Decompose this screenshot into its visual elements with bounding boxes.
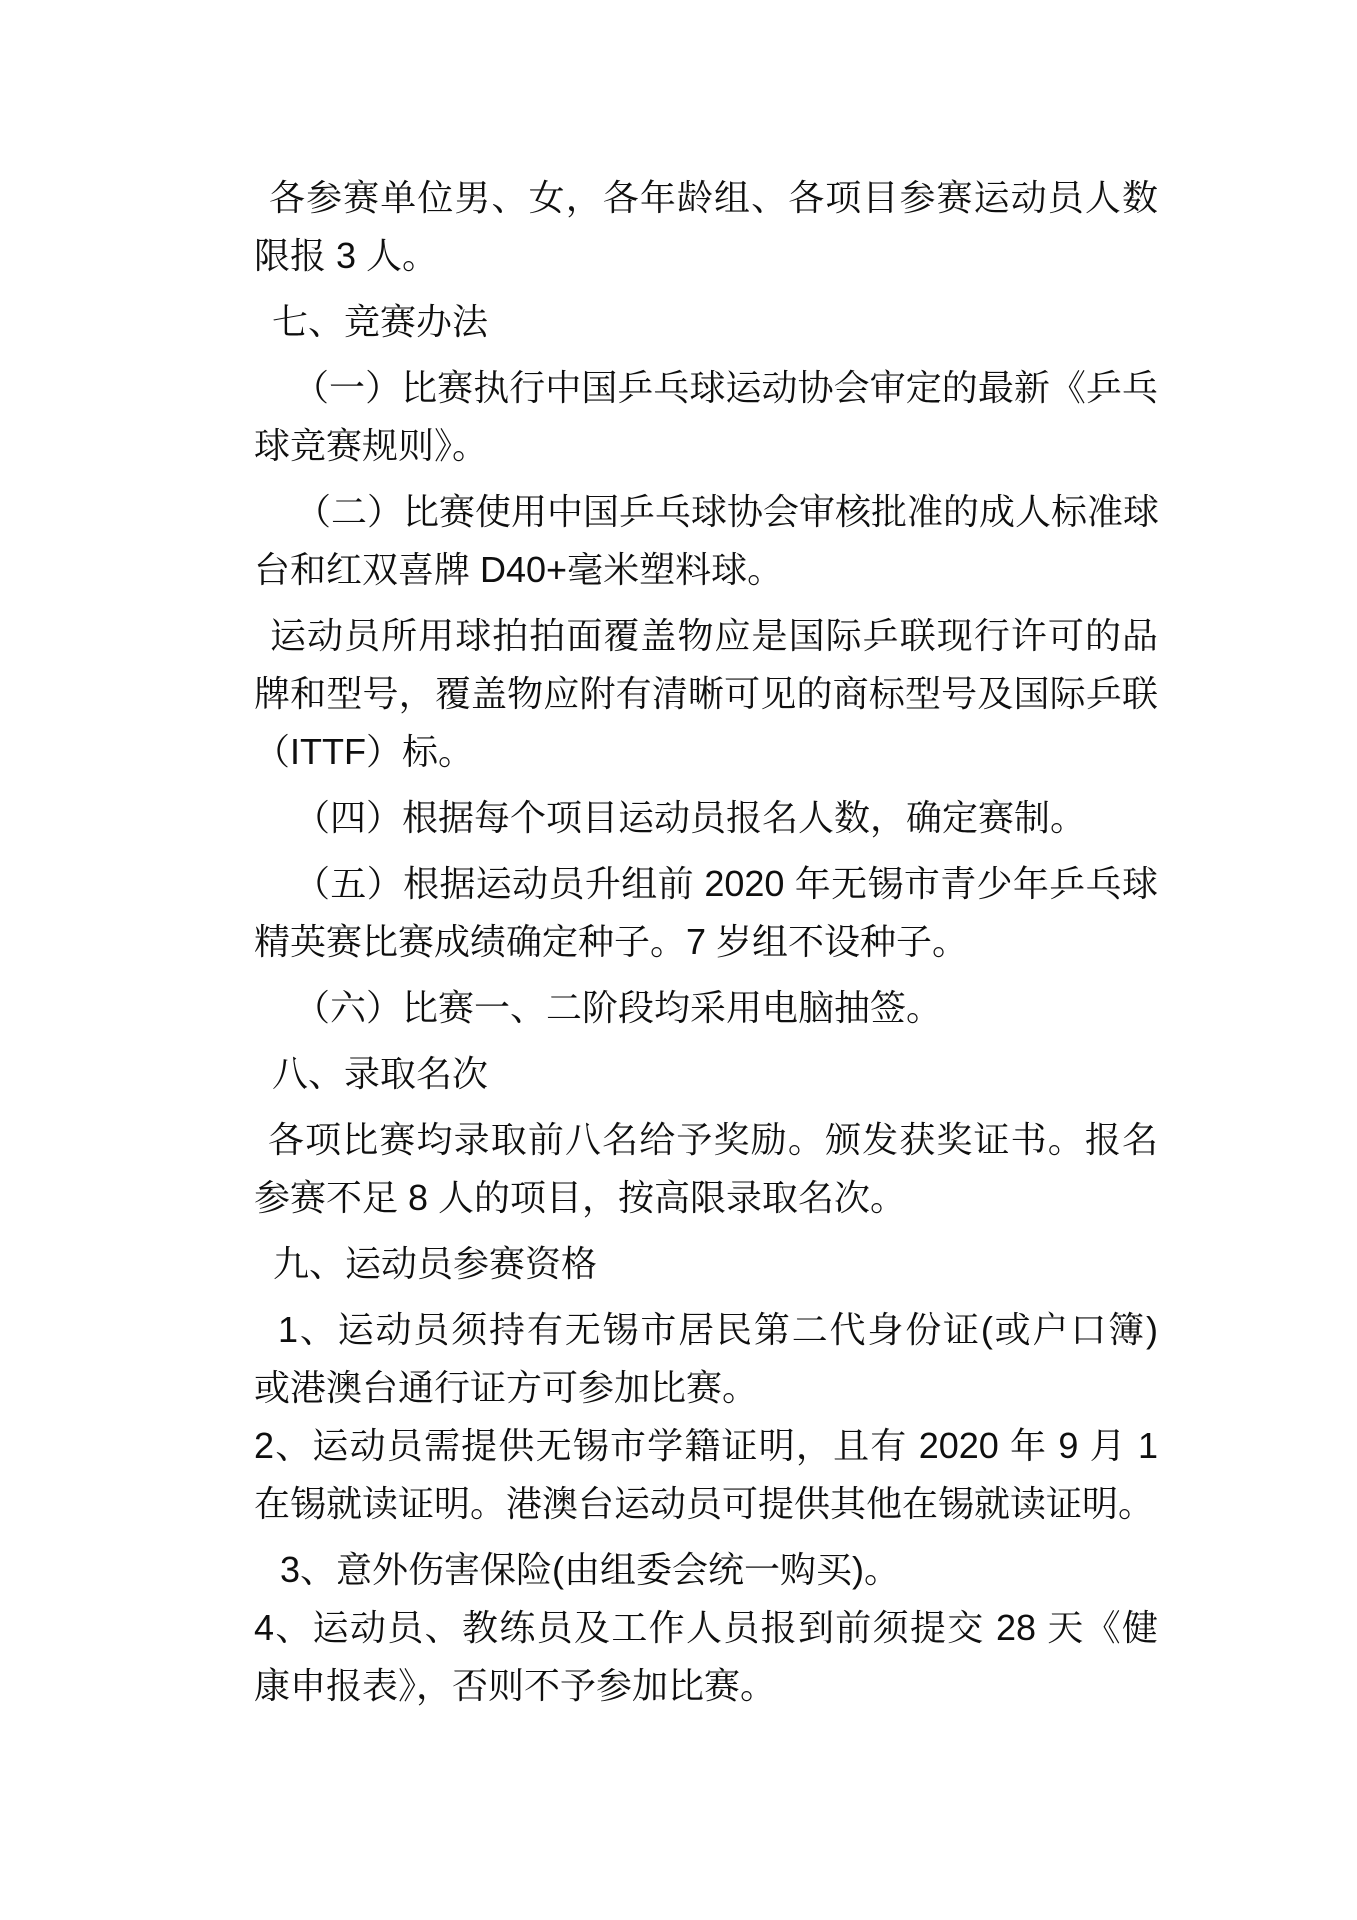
text-line: 球竞赛规则》。 bbox=[254, 417, 1158, 475]
text-line: 九、运动员参赛资格 bbox=[254, 1235, 1158, 1293]
text-line: 台和红双喜牌 D40+毫米塑料球。 bbox=[254, 541, 1158, 599]
text-line: 参赛不足 8 人的项目，按高限录取名次。 bbox=[254, 1169, 1158, 1227]
paragraph: （四）根据每个项目运动员报名人数，确定赛制。 bbox=[254, 789, 1158, 847]
text-line: 运动员所用球拍拍面覆盖物应是国际乒联现行许可的品 bbox=[254, 607, 1158, 665]
text-line: （一）比赛执行中国乒乓球运动协会审定的最新《乒乓 bbox=[254, 359, 1158, 417]
paragraph: 七、竞赛办法 bbox=[254, 293, 1158, 351]
paragraph: （二）比赛使用中国乒乓球协会审核批准的成人标准球台和红双喜牌 D40+毫米塑料球… bbox=[254, 483, 1158, 599]
text-line: 3、意外伤害保险(由组委会统一购买)。 bbox=[254, 1541, 1158, 1599]
paragraph: （五）根据运动员升组前 2020 年无锡市青少年乒乓球精英赛比赛成绩确定种子。7… bbox=[254, 855, 1158, 971]
document-body: 各参赛单位男、女，各年龄组、各项目参赛运动员人数限报 3 人。七、竞赛办法（一）… bbox=[254, 169, 1158, 1715]
text-line: 2、运动员需提供无锡市学籍证明，且有 2020 年 9 月 1 bbox=[254, 1417, 1158, 1475]
paragraph: 2、运动员需提供无锡市学籍证明，且有 2020 年 9 月 1在锡就读证明。港澳… bbox=[254, 1417, 1158, 1533]
paragraph: 各参赛单位男、女，各年龄组、各项目参赛运动员人数限报 3 人。 bbox=[254, 169, 1158, 285]
document-page: 各参赛单位男、女，各年龄组、各项目参赛运动员人数限报 3 人。七、竞赛办法（一）… bbox=[0, 0, 1357, 1920]
text-line: （ITTF）标。 bbox=[254, 723, 1158, 781]
text-line: 1、运动员须持有无锡市居民第二代身份证(或户口簿) bbox=[254, 1301, 1158, 1359]
text-line: 限报 3 人。 bbox=[254, 227, 1158, 285]
text-line: 或港澳台通行证方可参加比赛。 bbox=[254, 1359, 1158, 1417]
paragraph: 3、意外伤害保险(由组委会统一购买)。 bbox=[254, 1541, 1158, 1599]
text-line: （六）比赛一、二阶段均采用电脑抽签。 bbox=[254, 979, 1158, 1037]
text-line: 八、录取名次 bbox=[254, 1045, 1158, 1103]
text-line: 在锡就读证明。港澳台运动员可提供其他在锡就读证明。 bbox=[254, 1475, 1158, 1533]
paragraph: 各项比赛均录取前八名给予奖励。颁发获奖证书。报名参赛不足 8 人的项目，按高限录… bbox=[254, 1111, 1158, 1227]
paragraph: 八、录取名次 bbox=[254, 1045, 1158, 1103]
paragraph: 4、运动员、教练员及工作人员报到前须提交 28 天《健康申报表》，否则不予参加比… bbox=[254, 1599, 1158, 1715]
text-line: （五）根据运动员升组前 2020 年无锡市青少年乒乓球 bbox=[254, 855, 1158, 913]
text-line: 4、运动员、教练员及工作人员报到前须提交 28 天《健 bbox=[254, 1599, 1158, 1657]
text-line: 康申报表》，否则不予参加比赛。 bbox=[254, 1657, 1158, 1715]
text-line: 七、竞赛办法 bbox=[254, 293, 1158, 351]
text-line: 各项比赛均录取前八名给予奖励。颁发获奖证书。报名 bbox=[254, 1111, 1158, 1169]
text-line: （二）比赛使用中国乒乓球协会审核批准的成人标准球 bbox=[254, 483, 1158, 541]
paragraph: （一）比赛执行中国乒乓球运动协会审定的最新《乒乓球竞赛规则》。 bbox=[254, 359, 1158, 475]
text-line: 精英赛比赛成绩确定种子。7 岁组不设种子。 bbox=[254, 913, 1158, 971]
paragraph: 1、运动员须持有无锡市居民第二代身份证(或户口簿)或港澳台通行证方可参加比赛。 bbox=[254, 1301, 1158, 1417]
text-line: （四）根据每个项目运动员报名人数，确定赛制。 bbox=[254, 789, 1158, 847]
paragraph: 九、运动员参赛资格 bbox=[254, 1235, 1158, 1293]
paragraph: （六）比赛一、二阶段均采用电脑抽签。 bbox=[254, 979, 1158, 1037]
text-line: 牌和型号，覆盖物应附有清晰可见的商标型号及国际乒联 bbox=[254, 665, 1158, 723]
paragraph: 运动员所用球拍拍面覆盖物应是国际乒联现行许可的品牌和型号，覆盖物应附有清晰可见的… bbox=[254, 607, 1158, 781]
text-line: 各参赛单位男、女，各年龄组、各项目参赛运动员人数 bbox=[254, 169, 1158, 227]
